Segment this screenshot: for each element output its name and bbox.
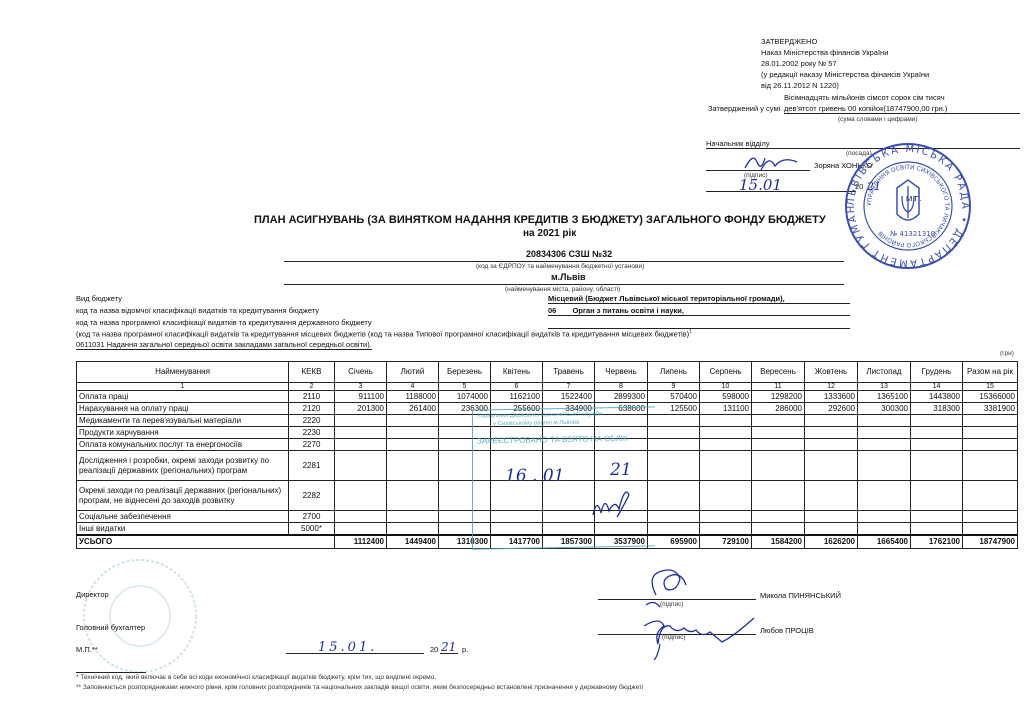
total-value: 1665400	[858, 535, 911, 549]
column-index: 14	[911, 383, 963, 391]
row-value: 125500	[648, 403, 700, 415]
column-header: Вересень	[752, 362, 805, 383]
svg-text:№ 41321310: № 41321310	[890, 230, 935, 238]
row-value	[963, 415, 1018, 427]
column-index: 5	[439, 383, 491, 391]
row-value	[387, 523, 439, 536]
row-value: 1443800	[911, 391, 963, 403]
document-year: на 2021 рік	[523, 228, 576, 239]
approval-line: (у редакції наказу Міністерства фінансів…	[761, 70, 929, 79]
row-value	[335, 427, 387, 439]
mp-label: М.П.**	[76, 645, 98, 654]
row-value	[648, 481, 700, 511]
column-index: 6	[491, 383, 543, 391]
row-value	[805, 523, 858, 536]
footnote-1: * Технічний код, який включає в себе всі…	[76, 674, 436, 681]
row-value	[858, 451, 911, 481]
row-value	[335, 523, 387, 536]
row-value	[752, 415, 805, 427]
row-value	[335, 439, 387, 451]
row-value	[911, 523, 963, 536]
row-kekv: 2700	[289, 511, 335, 523]
row-value	[963, 523, 1018, 536]
column-header: Грудень	[911, 362, 963, 383]
local-program-label: (код та назва програмної класифікації ви…	[76, 329, 692, 339]
row-value	[963, 439, 1018, 451]
row-value	[648, 427, 700, 439]
row-value	[911, 451, 963, 481]
row-value: 2899300	[595, 391, 648, 403]
row-value	[387, 439, 439, 451]
signature-year-suffix: р.	[462, 645, 468, 654]
row-value	[335, 511, 387, 523]
dept-class-value: 06 Орган з питань освіти і науки,	[548, 306, 850, 316]
signature-year-handwritten-icon: 21	[440, 638, 460, 654]
row-kekv: 2220	[289, 415, 335, 427]
row-value	[648, 439, 700, 451]
accountant-name: Любов ПРОЦІВ	[760, 626, 814, 635]
document-title: ПЛАН АСИГНУВАНЬ (ЗА ВИНЯТКОМ НАДАННЯ КРЕ…	[254, 214, 826, 226]
column-header: Листопад	[858, 362, 911, 383]
row-value	[387, 427, 439, 439]
row-value	[752, 481, 805, 511]
row-name: Нарахування на оплату праці	[77, 403, 289, 415]
budget-type-value: Місцевий (Бюджет Львівської міської тери…	[548, 294, 850, 304]
approved-in-sum-label: Затверджений у сумі	[708, 104, 780, 113]
row-value	[335, 481, 387, 511]
row-value: 15366000	[963, 391, 1018, 403]
column-index: 11	[752, 383, 805, 391]
column-index: 10	[700, 383, 752, 391]
row-value: 1333600	[805, 391, 858, 403]
approval-line: ЗАТВЕРДЖЕНО	[761, 37, 817, 46]
total-value: 18747900	[963, 535, 1018, 549]
column-index: 13	[858, 383, 911, 391]
dept-class-name: Орган з питань освіти і науки,	[572, 306, 684, 315]
registration-handwriting-icon: 16 . 01 21	[505, 455, 655, 525]
row-value	[648, 415, 700, 427]
column-header: Червень	[595, 362, 648, 383]
sum-caption: (сума словами і цифрами)	[838, 116, 918, 123]
signature-date-handwritten-icon: 15.01.	[318, 636, 398, 656]
row-name: Оплата комунальних послуг та енергоносії…	[77, 439, 289, 451]
table-header-row: НайменуванняКЕКВСіченьЛютийБерезеньКвіте…	[77, 362, 1018, 383]
registration-stamp-line3: ЗАРЕЄСТРОВАНО ТА ВЗЯТО НА ОБЛІК	[477, 433, 655, 445]
row-value	[963, 427, 1018, 439]
row-value	[752, 511, 805, 523]
row-name: Продукти харчування	[77, 427, 289, 439]
row-value	[911, 415, 963, 427]
row-value: 3381900	[963, 403, 1018, 415]
approver-signature-icon: 15.01	[735, 148, 805, 193]
row-value	[805, 481, 858, 511]
column-header: Квітень	[491, 362, 543, 383]
accountant-signature-icon	[630, 612, 760, 662]
column-header: Лютий	[387, 362, 439, 383]
svg-text:15.01: 15.01	[739, 176, 782, 193]
director-signature-icon	[636, 565, 706, 610]
row-value	[805, 451, 858, 481]
column-header: Жовтень	[805, 362, 858, 383]
row-value	[700, 523, 752, 536]
accountant-label: Головний бухгалтер	[76, 623, 145, 632]
row-kekv: 2282	[289, 481, 335, 511]
row-value	[700, 451, 752, 481]
row-value	[805, 415, 858, 427]
column-index: 8	[595, 383, 648, 391]
row-value	[858, 415, 911, 427]
state-program-label: код та назва програмної класифікації вид…	[76, 318, 372, 327]
row-value	[700, 481, 752, 511]
row-name: Медикаменти та перев'язувальні матеріали	[77, 415, 289, 427]
column-index: 3	[335, 383, 387, 391]
row-value: 261400	[387, 403, 439, 415]
sum-words-line1: Вісімнадцять мільйонів сімсот сорок сім …	[784, 93, 945, 102]
column-header: Липень	[648, 362, 700, 383]
row-value	[805, 511, 858, 523]
row-value	[387, 415, 439, 427]
column-header: Січень	[335, 362, 387, 383]
column-header: Березень	[439, 362, 491, 383]
row-value	[700, 427, 752, 439]
row-value	[858, 427, 911, 439]
total-value: 1626200	[805, 535, 858, 549]
row-value	[335, 415, 387, 427]
column-index: 12	[805, 383, 858, 391]
faded-seal-icon	[80, 556, 200, 676]
total-value: 729100	[700, 535, 752, 549]
row-kekv: 2230	[289, 427, 335, 439]
row-value: 570400	[648, 391, 700, 403]
row-value: 1298200	[752, 391, 805, 403]
row-value	[963, 451, 1018, 481]
row-name: Соціальне забезпечення	[77, 511, 289, 523]
total-value: 1112400	[335, 535, 387, 549]
table-row: Оплата праці2110911100118800010740001162…	[77, 391, 1018, 403]
row-value	[752, 427, 805, 439]
row-value	[752, 439, 805, 451]
total-value: 1584200	[752, 535, 805, 549]
row-kekv: 2110	[289, 391, 335, 403]
row-value	[648, 511, 700, 523]
row-value	[911, 439, 963, 451]
row-name: Оплата праці	[77, 391, 289, 403]
table-index-row: 123456789101112131415	[77, 383, 1018, 391]
institution-caption: (код за ЄДРПОУ та найменування бюджетної…	[476, 263, 644, 270]
unit-label: (грн)	[1000, 350, 1014, 357]
row-value	[805, 439, 858, 451]
institution-city: м.Львів	[551, 272, 586, 282]
institution-code-name: 20834306 СЗШ №32	[526, 249, 612, 259]
director-name: Микола ПИНЯНСЬКИЙ	[760, 591, 841, 600]
row-value: 1522400	[543, 391, 595, 403]
row-value: 318300	[911, 403, 963, 415]
row-value	[700, 511, 752, 523]
row-value	[335, 451, 387, 481]
total-value: 695900	[648, 535, 700, 549]
row-value	[387, 451, 439, 481]
signature-year-prefix: 20	[430, 645, 438, 654]
total-value: 1449400	[387, 535, 439, 549]
row-value: 598000	[700, 391, 752, 403]
registration-stamp-line2: у Сихівському районі м.Львова	[493, 418, 655, 427]
row-value	[648, 451, 700, 481]
official-round-stamp-icon: ЛЬВІВСЬКА МІСЬКА РАДА • ДЕПАРТАМЕНТ ГУМА…	[842, 140, 974, 272]
row-value: 911100	[335, 391, 387, 403]
approval-line: від 26.11.2012 N 1220)	[761, 81, 839, 90]
row-value	[963, 481, 1018, 511]
row-value: 1162100	[491, 391, 543, 403]
row-value	[648, 523, 700, 536]
total-value: 1762100	[911, 535, 963, 549]
column-index: 1	[77, 383, 289, 391]
budget-type-label: Вид бюджету	[76, 294, 122, 303]
total-label: УСЬОГО	[77, 535, 335, 549]
row-value	[700, 439, 752, 451]
row-kekv: 2281	[289, 451, 335, 481]
row-value	[858, 439, 911, 451]
program-value: 0611031 Надання загальної середньої осві…	[76, 340, 372, 350]
row-kekv: 2120	[289, 403, 335, 415]
row-value	[752, 523, 805, 536]
row-value: 1188000	[387, 391, 439, 403]
row-value	[911, 511, 963, 523]
svg-text:15.01.: 15.01.	[318, 640, 377, 655]
row-value	[805, 427, 858, 439]
column-header: Серпень	[700, 362, 752, 383]
row-name: Інші видатки	[77, 523, 289, 536]
row-value: 300300	[858, 403, 911, 415]
row-value	[911, 427, 963, 439]
dept-class-code: 06	[548, 306, 556, 315]
row-value: 1365100	[858, 391, 911, 403]
svg-text:ЛЬВІВСЬКА МІСЬКА РАДА • ДЕПАРТ: ЛЬВІВСЬКА МІСЬКА РАДА • ДЕПАРТАМЕНТ ГУМА…	[842, 140, 970, 268]
row-value: 286000	[752, 403, 805, 415]
sum-words-line2: дев'ятсот гривень 00 копійок(18747900,00…	[784, 104, 1020, 114]
director-label: Директор	[76, 590, 109, 599]
row-value: 292600	[805, 403, 858, 415]
svg-text:16 . 01: 16 . 01	[505, 466, 564, 486]
column-header: Найменування	[77, 362, 289, 383]
row-kekv: 5000*	[289, 523, 335, 536]
row-value	[963, 511, 1018, 523]
row-value	[752, 451, 805, 481]
row-value: 131100	[700, 403, 752, 415]
column-index: 15	[963, 383, 1018, 391]
row-name: Дослідження і розробки, окремі заходи ро…	[77, 451, 289, 481]
row-value	[858, 511, 911, 523]
column-header: Травень	[543, 362, 595, 383]
row-value	[858, 481, 911, 511]
row-value	[387, 481, 439, 511]
svg-text:21: 21	[440, 640, 456, 654]
row-value: 201300	[335, 403, 387, 415]
column-index: 2	[289, 383, 335, 391]
approval-line: Наказ Міністерства фінансів України	[761, 48, 888, 57]
row-value	[858, 523, 911, 536]
column-header: КЕКВ	[289, 362, 335, 383]
row-value	[387, 511, 439, 523]
row-value: 1074000	[439, 391, 491, 403]
dept-class-label: код та назва відомчої класифікації видат…	[76, 306, 319, 315]
column-index: 4	[387, 383, 439, 391]
column-index: 7	[543, 383, 595, 391]
row-value	[911, 481, 963, 511]
footnote-2: ** Заповнюється розпорядниками нижчого р…	[76, 684, 643, 691]
city-caption: (найменування міста, району, області)	[505, 286, 620, 293]
column-header: Разом на рік	[963, 362, 1018, 383]
column-index: 9	[648, 383, 700, 391]
svg-text:21: 21	[609, 460, 632, 480]
row-kekv: 2270	[289, 439, 335, 451]
row-value	[700, 415, 752, 427]
approval-line: 28.01.2002 року № 57	[761, 59, 837, 68]
row-name: Окремі заходи по реалізації державних (р…	[77, 481, 289, 511]
